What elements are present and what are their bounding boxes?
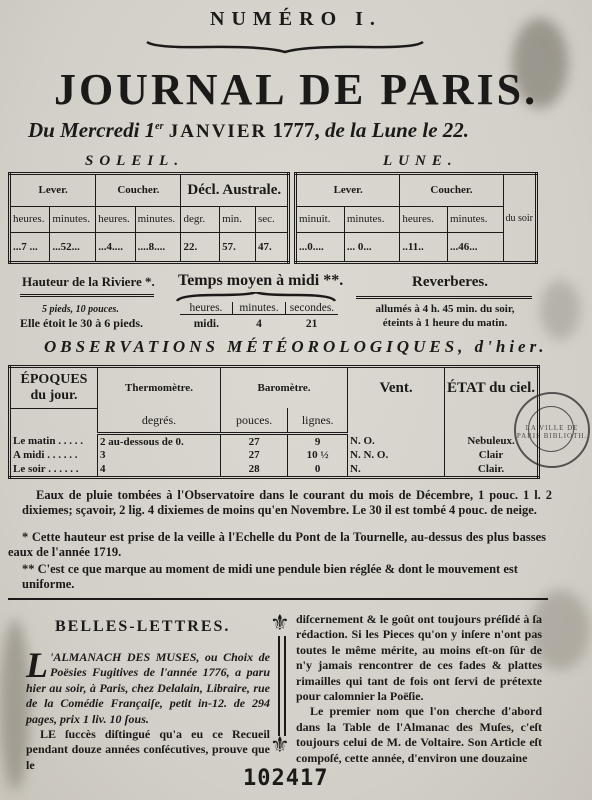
cell-vent: N. N. O. <box>348 448 445 463</box>
header-barometre: Baromètre. <box>221 367 348 409</box>
drop-cap: L <box>26 650 48 680</box>
sub-minutes: minutes. <box>344 206 400 232</box>
soleil-label: SOLEIL. <box>85 153 184 170</box>
divider <box>20 294 154 297</box>
cell-epoque: Le matin . . . . . <box>10 434 98 449</box>
value-minutes: 4 <box>233 318 286 330</box>
section-title-belles-lettres: BELLES-LETTRES. <box>55 618 230 636</box>
decl-sec: 47. <box>256 232 289 262</box>
header-vent: Vent. <box>348 367 445 409</box>
riviere-value: 5 pieds, 10 pouces. <box>42 304 119 315</box>
lune-lever-minutes: ... 0... <box>344 232 400 262</box>
lune-suffix: du soir <box>503 174 537 263</box>
observations-title: OBSERVATIONS MÉTÉOROLOGIQUES, d'hier. <box>44 337 548 357</box>
ink-stain <box>540 280 580 340</box>
decl-degr: 22. <box>181 232 220 262</box>
temps-moyen-subheaders: heures. minutes. secondes. <box>180 302 338 315</box>
article-column-1: L'ALMANACH DES MUSES, ou Choix de Poësie… <box>26 650 270 773</box>
lune-lever-header: Lever. <box>296 174 400 207</box>
soleil-lever-heures: ...7 ... <box>10 232 50 262</box>
issue-date: Du Mercredi 1er JANVIER 1777, de la Lune… <box>28 118 469 143</box>
soleil-lever-minutes: ...52... <box>50 232 96 262</box>
date-month: JANVIER <box>169 121 267 142</box>
header-thermometre: Thermomètre. <box>98 367 221 409</box>
header-epoques: ÉPOQUES du jour. <box>10 367 98 409</box>
temps-moyen-values: midi. 4 21 <box>180 318 338 330</box>
cell-epoque: A midi . . . . . . <box>10 448 98 463</box>
reverberes-eteints: éteints à 1 heure du matin. <box>352 316 538 330</box>
soleil-coucher-minutes: ....8.... <box>135 232 181 262</box>
temps-moyen-label: Temps moyen à midi **. <box>178 272 343 290</box>
cell-pouces: 27 <box>221 434 288 449</box>
newspaper-page: NUMÉRO I. JOURNAL DE PARIS. Du Mercredi … <box>0 0 592 800</box>
lune-coucher-minutes: ...46... <box>447 232 503 262</box>
flourish-ornament <box>145 40 425 54</box>
cell-epoque: Le soir . . . . . . <box>10 463 98 478</box>
soleil-coucher-header: Coucher. <box>96 174 181 207</box>
lune-coucher-header: Coucher. <box>400 174 503 207</box>
lune-table: Lever. Coucher. du soir minuit. minutes.… <box>294 172 538 264</box>
fleur-de-lis-icon: ⚜ <box>270 612 290 634</box>
riviere-note: Elle étoit le 30 à 6 pieds. <box>20 316 143 331</box>
section-divider <box>8 598 548 600</box>
sub-lignes: lignes. <box>288 408 348 433</box>
article-intro: 'ALMANACH DES MUSES, ou Choix de Poësies… <box>26 650 270 726</box>
library-stamp: LA VILLE DE PARIS BIBLIOTH. <box>514 392 590 468</box>
sub-degres: degrés. <box>98 408 221 433</box>
stamp-text: LA VILLE DE PARIS BIBLIOTH. <box>516 424 588 440</box>
reverberes-allumes: allumés à 4 h. 45 min. du soir, <box>352 302 538 316</box>
article-paragraph: diſcernement & le goût ont toujours préſ… <box>296 612 542 704</box>
rainfall-note: Eaux de pluie tombées à l'Observatoire d… <box>22 488 552 518</box>
soleil-decl-header: Décl. Australe. <box>181 174 289 207</box>
fleur-de-lis-icon: ⚜ <box>270 734 290 756</box>
soleil-lever-header: Lever. <box>10 174 96 207</box>
issue-number: NUMÉRO I. <box>0 8 592 31</box>
article-column-2: diſcernement & le goût ont toujours préſ… <box>296 612 542 766</box>
sub-min: min. <box>220 206 256 232</box>
catalog-number: 102417 <box>243 766 328 791</box>
sub-heures: heures. <box>400 206 448 232</box>
sub-minuit: minuit. <box>296 206 345 232</box>
sub-minutes: minutes. <box>50 206 96 232</box>
sub-pouces: pouces. <box>221 408 288 433</box>
table-row: Le matin . . . . . 2 au-dessous de 0. 27… <box>10 434 539 449</box>
value-secondes: 21 <box>285 318 338 330</box>
date-day: Du Mercredi 1 <box>28 118 155 142</box>
moon-day: de la Lune le 22. <box>325 118 469 142</box>
decl-min: 57. <box>220 232 256 262</box>
divider <box>356 296 532 299</box>
riviere-label: Hauteur de la Riviere *. <box>22 274 155 290</box>
sub-heures: heures. <box>96 206 135 232</box>
cell-etat: Clair. <box>445 463 539 478</box>
empty-cell <box>10 408 98 433</box>
lune-lever-minuit: ...0.... <box>296 232 345 262</box>
empty-cell <box>348 408 445 433</box>
brace-ornament <box>176 292 336 302</box>
footnote-1: * Cette hauteur est prise de la veille à… <box>8 530 546 560</box>
cell-thermo: 3 <box>98 448 221 463</box>
table-row: A midi . . . . . . 3 27 10 ½ N. N. O. Cl… <box>10 448 539 463</box>
sub-minutes: minutes. <box>233 302 286 314</box>
lune-coucher-heures: ..11.. <box>400 232 448 262</box>
cell-pouces: 28 <box>221 463 288 478</box>
cell-lignes: 0 <box>288 463 348 478</box>
column-rule <box>284 636 286 736</box>
sub-degr: degr. <box>181 206 220 232</box>
cell-vent: N. O. <box>348 434 445 449</box>
cell-thermo: 4 <box>98 463 221 478</box>
soleil-coucher-heures: ...4.... <box>96 232 135 262</box>
cell-lignes: 9 <box>288 434 348 449</box>
date-sup: er <box>155 121 163 132</box>
cell-vent: N. <box>348 463 445 478</box>
article-paragraph: Le premier nom que l'on cherche d'abord … <box>296 704 542 766</box>
sub-minutes: minutes. <box>135 206 181 232</box>
sub-sec: sec. <box>256 206 289 232</box>
reverberes-times: allumés à 4 h. 45 min. du soir, éteints … <box>352 302 538 330</box>
cell-lignes: 10 ½ <box>288 448 348 463</box>
lune-label: LUNE. <box>383 153 458 170</box>
table-row: Le soir . . . . . . 4 28 0 N. Clair. <box>10 463 539 478</box>
column-rule <box>278 636 280 736</box>
value-heures: midi. <box>180 318 233 330</box>
footnote-2: ** C'est ce que marque au moment de midi… <box>22 562 552 592</box>
cell-thermo: 2 au-dessous de 0. <box>98 434 221 449</box>
observations-table: ÉPOQUES du jour. Thermomètre. Baromètre.… <box>8 365 540 479</box>
article-paragraph: LE ſuccès diſtingué qu'a eu ce Recueil p… <box>26 727 270 773</box>
sub-minutes: minutes. <box>447 206 503 232</box>
cell-pouces: 27 <box>221 448 288 463</box>
sub-heures: heures. <box>180 302 233 314</box>
reverberes-label: Reverberes. <box>412 274 488 291</box>
newspaper-title: JOURNAL DE PARIS. <box>0 66 592 114</box>
date-year: 1777, <box>272 118 319 142</box>
sub-secondes: secondes. <box>286 302 338 314</box>
soleil-table: Lever. Coucher. Décl. Australe. heures. … <box>8 172 290 264</box>
sub-heures: heures. <box>10 206 50 232</box>
